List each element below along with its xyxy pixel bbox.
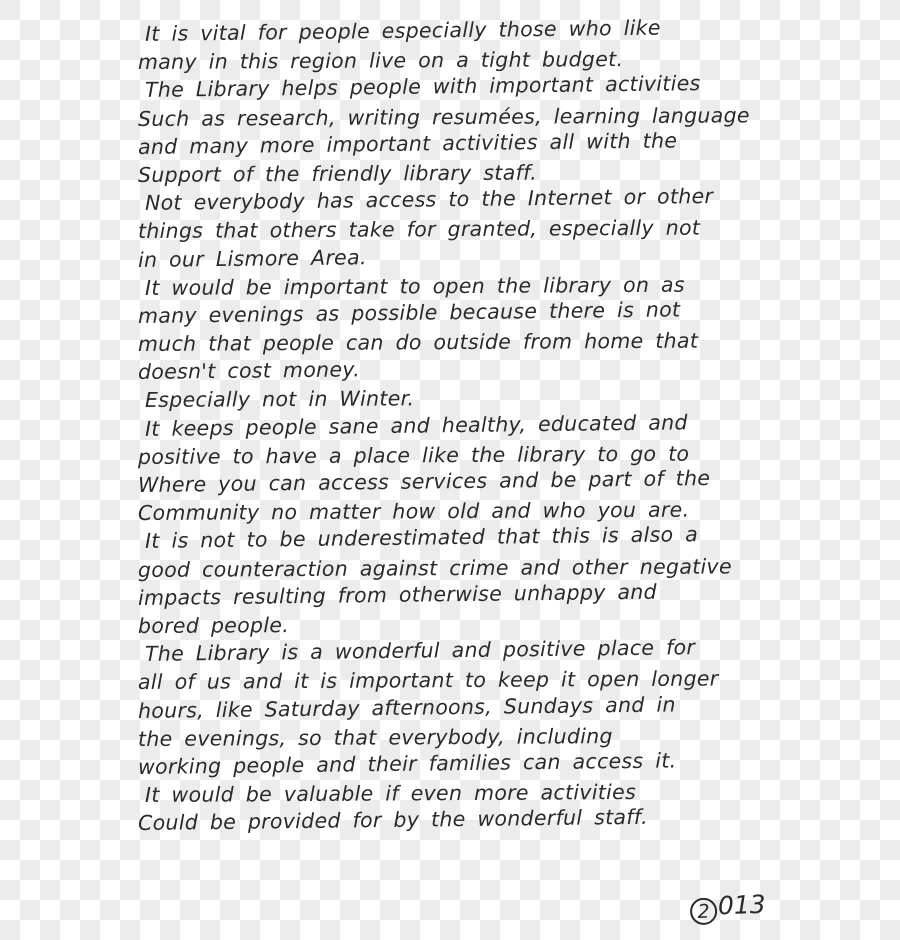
footer-date-rest: 013 <box>717 890 766 921</box>
circled-digit: 2 <box>690 897 718 925</box>
handwriting-line: It is vital for people especially those … <box>138 12 818 48</box>
transparent-checkerboard-background: It is vital for people especially those … <box>0 0 900 940</box>
footer-date: 2013 <box>689 890 766 926</box>
handwriting-lines: It is vital for people especially those … <box>138 20 818 837</box>
